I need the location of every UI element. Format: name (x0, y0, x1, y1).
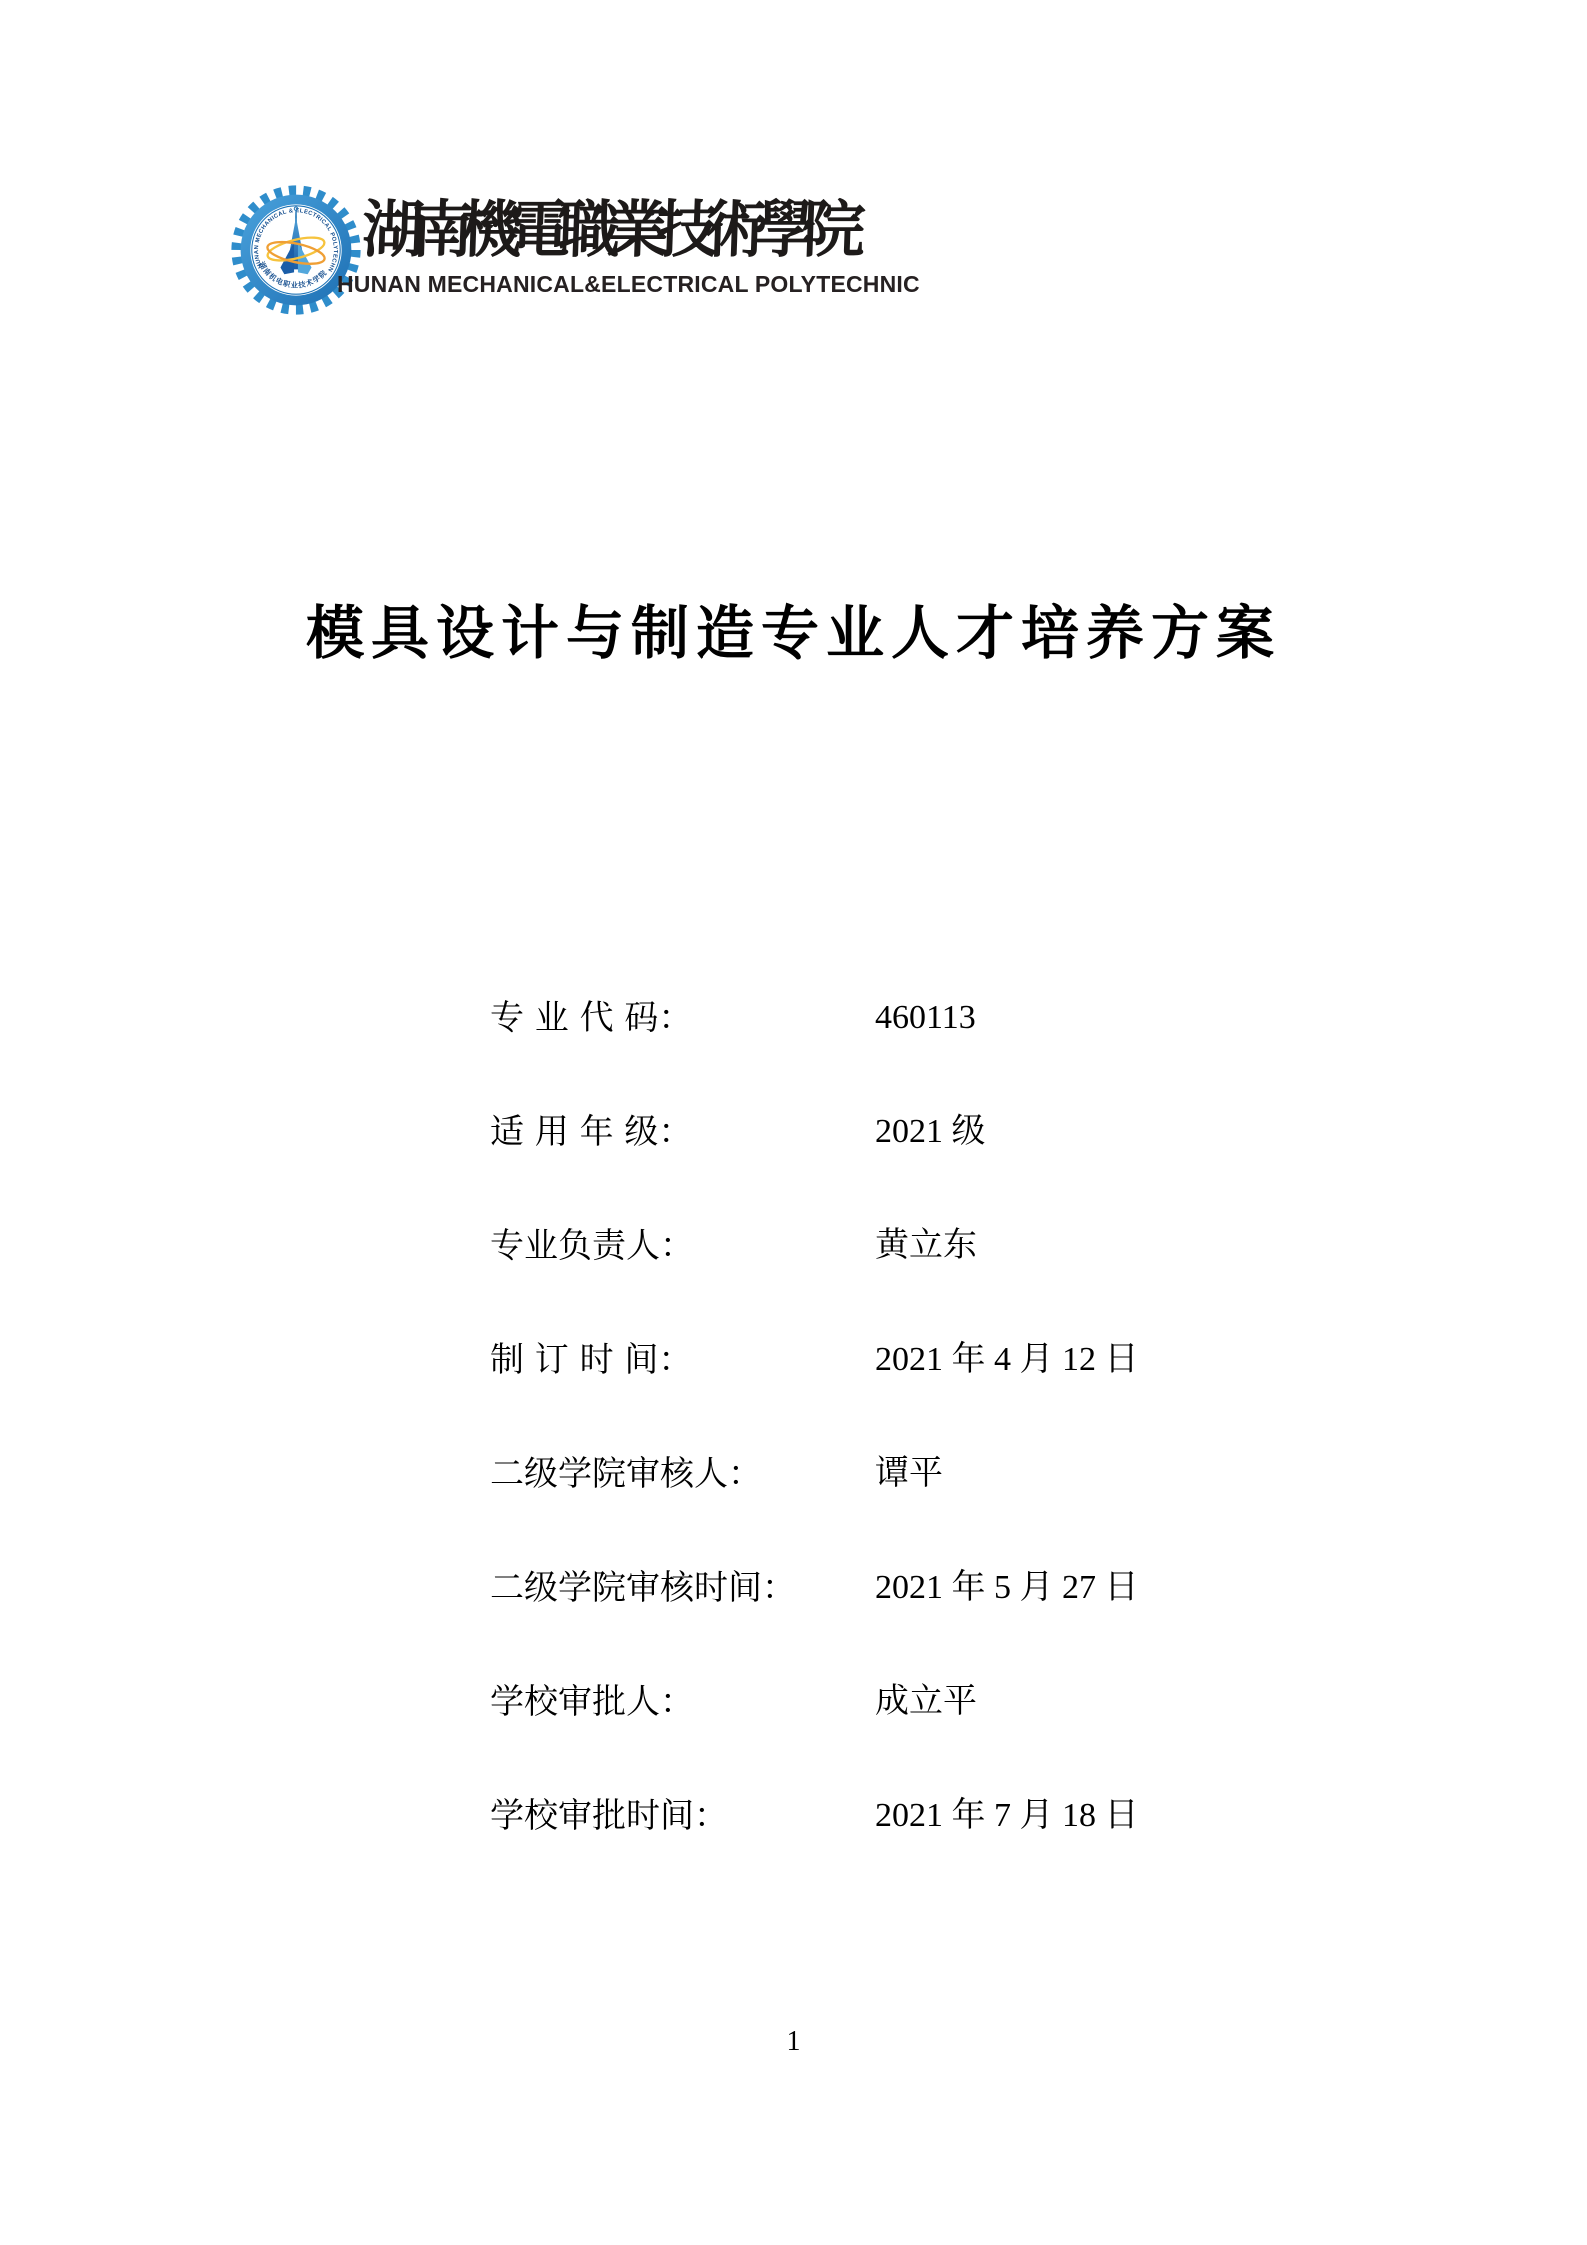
school-logo-block: HUNAN MECHANICAL & ELECTRICAL POLYTECHNI… (228, 182, 888, 322)
page-title: 模具设计与制造专业人才培养方案 (0, 600, 1587, 666)
field-value: 黄立东 (875, 1226, 977, 1266)
field-row-school-approval-date: 学校审批时间： 2021 年 7 月 18 日 (0, 1796, 1587, 1836)
field-label: 专业负责人： (490, 1226, 875, 1266)
field-label: 二级学院审核时间： (490, 1568, 875, 1608)
field-row-applicable-grade: 适 用 年 级： 2021 级 (0, 1112, 1587, 1152)
field-value: 谭平 (875, 1454, 943, 1494)
field-value: 2021 年 5 月 27 日 (875, 1568, 1139, 1608)
field-row-college-review-date: 二级学院审核时间： 2021 年 5 月 27 日 (0, 1568, 1587, 1608)
field-label: 专 业 代 码： (490, 998, 875, 1038)
field-label: 制 订 时 间： (490, 1340, 875, 1380)
field-value: 2021 级 (875, 1112, 986, 1152)
field-label: 学校审批人： (490, 1682, 875, 1722)
fields-list: 专 业 代 码： 460113 适 用 年 级： 2021 级 专业负责人： 黄… (0, 998, 1587, 1910)
field-label: 适 用 年 级： (490, 1112, 875, 1152)
field-row-major-leader: 专业负责人： 黄立东 (0, 1226, 1587, 1266)
page-number: 1 (0, 2026, 1587, 2058)
field-value: 2021 年 4 月 12 日 (875, 1340, 1139, 1380)
field-row-school-approver: 学校审批人： 成立平 (0, 1682, 1587, 1722)
field-label: 学校审批时间： (490, 1796, 875, 1836)
field-row-formulation-date: 制 订 时 间： 2021 年 4 月 12 日 (0, 1340, 1587, 1380)
school-name-calligraphy: 湖南機電職業技術學院 (360, 190, 883, 280)
field-value: 2021 年 7 月 18 日 (875, 1796, 1139, 1836)
field-row-college-reviewer: 二级学院审核人： 谭平 (0, 1454, 1587, 1494)
field-value: 460113 (875, 998, 976, 1038)
field-value: 成立平 (875, 1682, 977, 1722)
field-row-major-code: 专 业 代 码： 460113 (0, 998, 1587, 1038)
document-page: HUNAN MECHANICAL & ELECTRICAL POLYTECHNI… (0, 0, 1587, 2245)
field-label: 二级学院审核人： (490, 1454, 875, 1494)
school-name-english: HUNAN MECHANICAL&ELECTRICAL POLYTECHNIC (337, 271, 877, 298)
